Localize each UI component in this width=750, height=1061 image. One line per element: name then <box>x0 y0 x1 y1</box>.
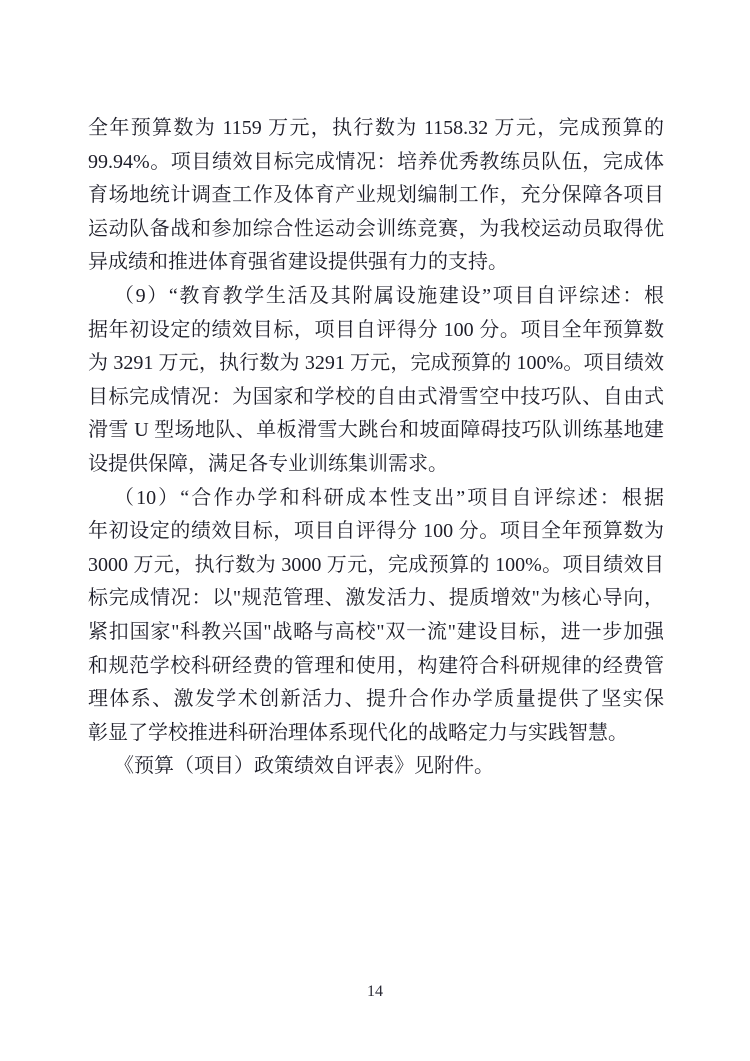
text-line: 理体系、激发学术创新活力、提升合作办学质量提供了坚实保障， <box>88 683 664 717</box>
paragraph: 全年预算数为 1159 万元，执行数为 1158.32 万元，完成预算的99.9… <box>88 112 664 280</box>
text-line: 3000 万元，执行数为 3000 万元，完成预算的 100%。项目绩效目 <box>88 549 664 583</box>
text-line: 滑雪 U 型场地队、单板滑雪大跳台和坡面障碍技巧队训练基地建 <box>88 414 664 448</box>
text-line: 《预算（项目）政策绩效自评表》见附件。 <box>88 750 664 784</box>
text-line: 全年预算数为 1159 万元，执行数为 1158.32 万元，完成预算的 <box>88 112 664 146</box>
document-page: 全年预算数为 1159 万元，执行数为 1158.32 万元，完成预算的99.9… <box>0 0 750 1061</box>
text-line: 目标完成情况：为国家和学校的自由式滑雪空中技巧队、自由式 <box>88 381 664 415</box>
page-number: 14 <box>0 982 750 1002</box>
text-line: 99.94%。项目绩效目标完成情况：培养优秀教练员队伍，完成体 <box>88 146 664 180</box>
text-line: 据年初设定的绩效目标，项目自评得分 100 分。项目全年预算数 <box>88 314 664 348</box>
text-line: 年初设定的绩效目标，项目自评得分 100 分。项目全年预算数为 <box>88 515 664 549</box>
body-text: 全年预算数为 1159 万元，执行数为 1158.32 万元，完成预算的99.9… <box>88 112 664 784</box>
text-line: （9）“教育教学生活及其附属设施建设”项目自评综述：根 <box>88 280 664 314</box>
paragraph: （10）“合作办学和科研成本性支出”项目自评综述：根据年初设定的绩效目标，项目自… <box>88 482 664 751</box>
text-line: 育场地统计调查工作及体育产业规划编制工作，充分保障各项目 <box>88 179 664 213</box>
text-line: 设提供保障，满足各专业训练集训需求。 <box>88 448 664 482</box>
text-line: 标完成情况：以"规范管理、激发活力、提质增效"为核心导向， <box>88 582 664 616</box>
text-line: 异成绩和推进体育强省建设提供强有力的支持。 <box>88 246 664 280</box>
text-line: 和规范学校科研经费的管理和使用，构建符合科研规律的经费管 <box>88 650 664 684</box>
text-line: 彰显了学校推进科研治理体系现代化的战略定力与实践智慧。 <box>88 717 664 751</box>
text-line: 为 3291 万元，执行数为 3291 万元，完成预算的 100%。项目绩效 <box>88 347 664 381</box>
text-line: （10）“合作办学和科研成本性支出”项目自评综述：根据 <box>88 482 664 516</box>
text-line: 运动队备战和参加综合性运动会训练竞赛，为我校运动员取得优 <box>88 213 664 247</box>
paragraph: （9）“教育教学生活及其附属设施建设”项目自评综述：根据年初设定的绩效目标，项目… <box>88 280 664 482</box>
text-line: 紧扣国家"科教兴国"战略与高校"双一流"建设目标，进一步加强 <box>88 616 664 650</box>
paragraph: 《预算（项目）政策绩效自评表》见附件。 <box>88 750 664 784</box>
